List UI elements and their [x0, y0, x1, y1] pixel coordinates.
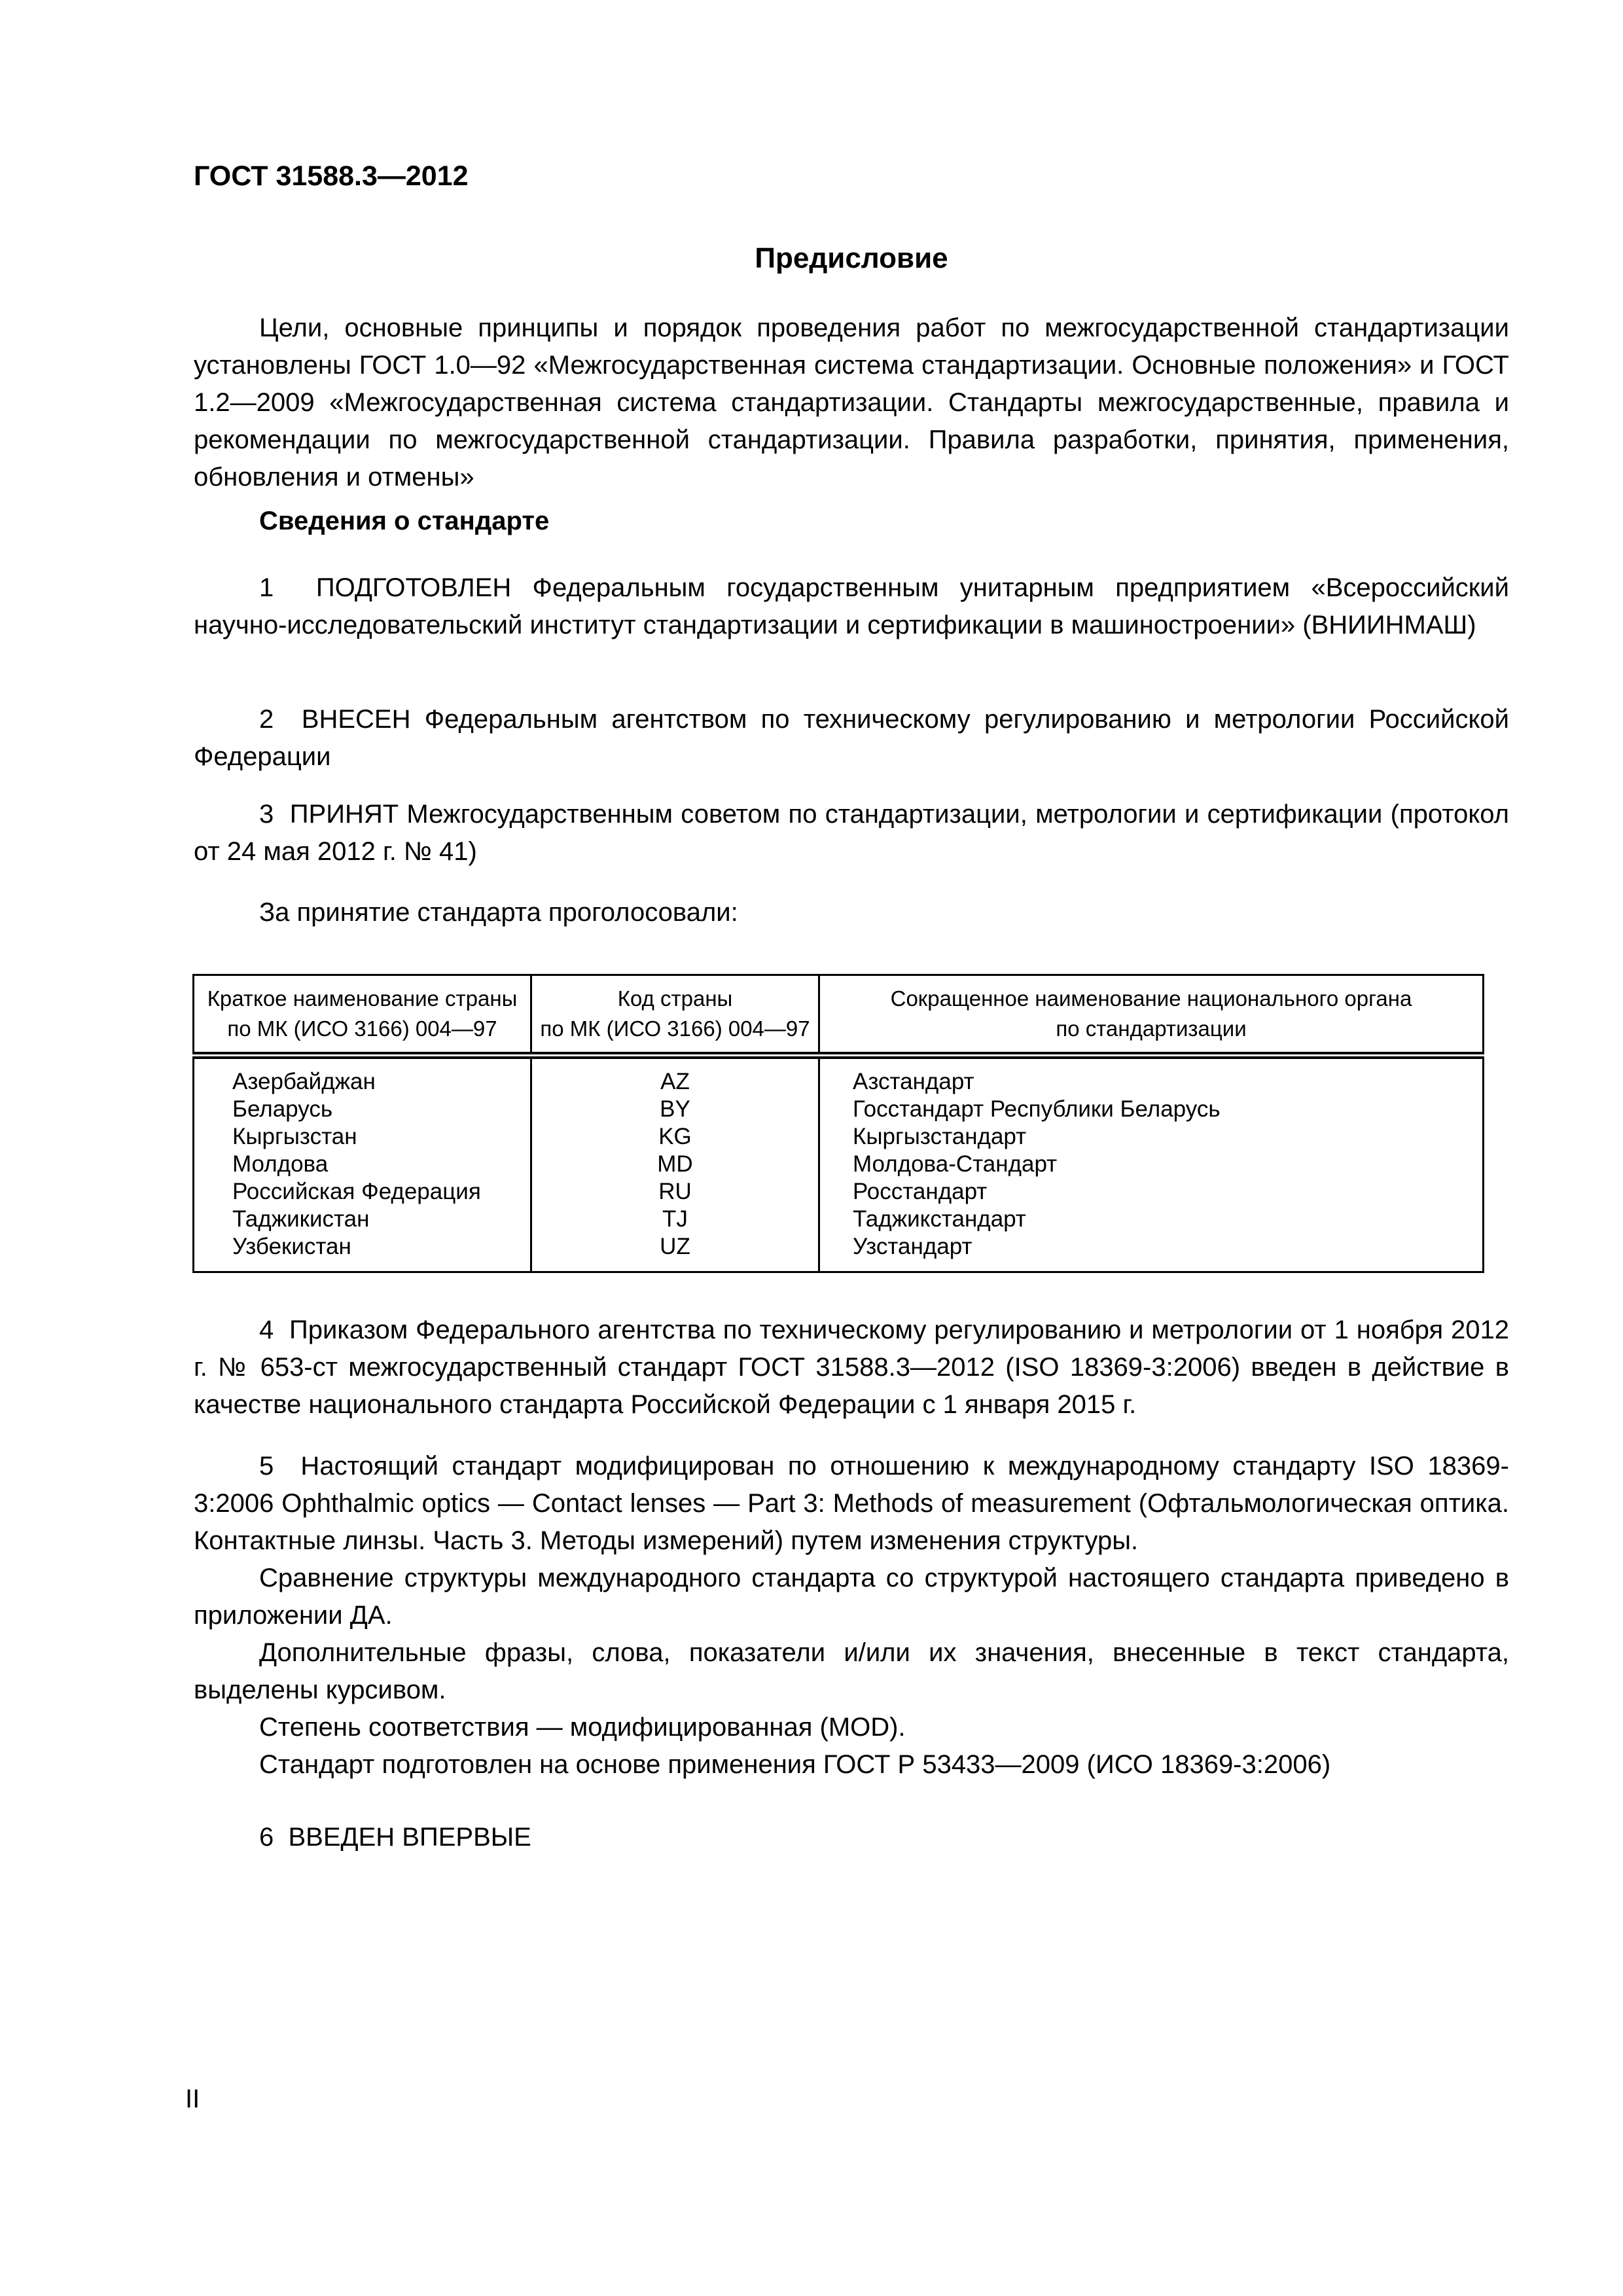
cell-code: UZ	[531, 1233, 819, 1272]
doc-number: ГОСТ 31588.3—2012	[194, 158, 1509, 195]
cell-body: Таджикстандарт	[819, 1206, 1484, 1233]
cell-body: Азстандарт	[819, 1056, 1484, 1096]
document-page: ГОСТ 31588.3—2012 Предисловие Цели, осно…	[0, 0, 1623, 2296]
clause-5-paragraph: Степень соответствия — модифицированная …	[194, 1709, 1509, 1746]
clause-1-prepared-by: 1 ПОДГОТОВЛЕН Федеральным государственны…	[194, 569, 1509, 644]
cell-country: Беларусь	[194, 1096, 531, 1123]
cell-country: Таджикистан	[194, 1206, 531, 1233]
cell-body: Молдова-Стандарт	[819, 1151, 1484, 1178]
clause-6-introduced-first-time: 6 ВВЕДЕН ВПЕРВЫЕ	[194, 1819, 1509, 1856]
cell-code: KG	[531, 1123, 819, 1151]
table-row: Беларусь BY Госстандарт Республики Белар…	[194, 1096, 1484, 1123]
table-row: Таджикистан TJ Таджикстандарт	[194, 1206, 1484, 1233]
section-heading-standard-info: Сведения о стандарте	[194, 503, 1509, 540]
vote-intro-line: За принятие стандарта проголосовали:	[194, 894, 1509, 931]
clause-5-paragraph: 5 Настоящий стандарт модифицирован по от…	[194, 1448, 1509, 1560]
cell-country: Российская Федерация	[194, 1178, 531, 1206]
clause-4-order-info: 4 Приказом Федерального агентства по тех…	[194, 1312, 1509, 1424]
cell-country: Кыргызстан	[194, 1123, 531, 1151]
cell-code: TJ	[531, 1206, 819, 1233]
clause-3-adopted-by: 3 ПРИНЯТ Межгосударственным советом по с…	[194, 796, 1509, 870]
table-row: Молдова MD Молдова-Стандарт	[194, 1151, 1484, 1178]
table-row: Кыргызстан KG Кыргызстандарт	[194, 1123, 1484, 1151]
page-number: II	[185, 2081, 447, 2118]
clause-5-paragraph: Дополнительные фразы, слова, показатели …	[194, 1634, 1509, 1709]
clause-5-paragraph: Сравнение структуры международного станд…	[194, 1560, 1509, 1634]
cell-code: MD	[531, 1151, 819, 1178]
cell-body: Госстандарт Республики Беларусь	[819, 1096, 1484, 1123]
cell-body: Росстандарт	[819, 1178, 1484, 1206]
cell-body: Кыргызстандарт	[819, 1123, 1484, 1151]
clause-5-modification-info: 5 Настоящий стандарт модифицирован по от…	[194, 1448, 1509, 1784]
col-header-country-code: Код страны по МК (ИСО 3166) 004—97	[531, 975, 819, 1056]
cell-country: Узбекистан	[194, 1233, 531, 1272]
table-header-row: Краткое наименование страны по МК (ИСО 3…	[194, 975, 1484, 1056]
col-header-country: Краткое наименование страны по МК (ИСО 3…	[194, 975, 531, 1056]
clause-5-paragraph: Стандарт подготовлен на основе применени…	[194, 1746, 1509, 1784]
table-row: Узбекистан UZ Узстандарт	[194, 1233, 1484, 1272]
cell-country: Азербайджан	[194, 1056, 531, 1096]
table-row: Азербайджан AZ Азстандарт	[194, 1056, 1484, 1096]
cell-code: BY	[531, 1096, 819, 1123]
page-title: Предисловие	[194, 240, 1509, 277]
col-header-national-body: Сокращенное наименование национального о…	[819, 975, 1484, 1056]
cell-country: Молдова	[194, 1151, 531, 1178]
table-row: Российская Федерация RU Росстандарт	[194, 1178, 1484, 1206]
cell-code: AZ	[531, 1056, 819, 1096]
clause-2-submitted-by: 2 ВНЕСЕН Федеральным агентством по техни…	[194, 701, 1509, 776]
voting-table: Краткое наименование страны по МК (ИСО 3…	[192, 974, 1484, 1273]
cell-body: Узстандарт	[819, 1233, 1484, 1272]
cell-code: RU	[531, 1178, 819, 1206]
intro-paragraph: Цели, основные принципы и порядок провед…	[194, 310, 1509, 496]
